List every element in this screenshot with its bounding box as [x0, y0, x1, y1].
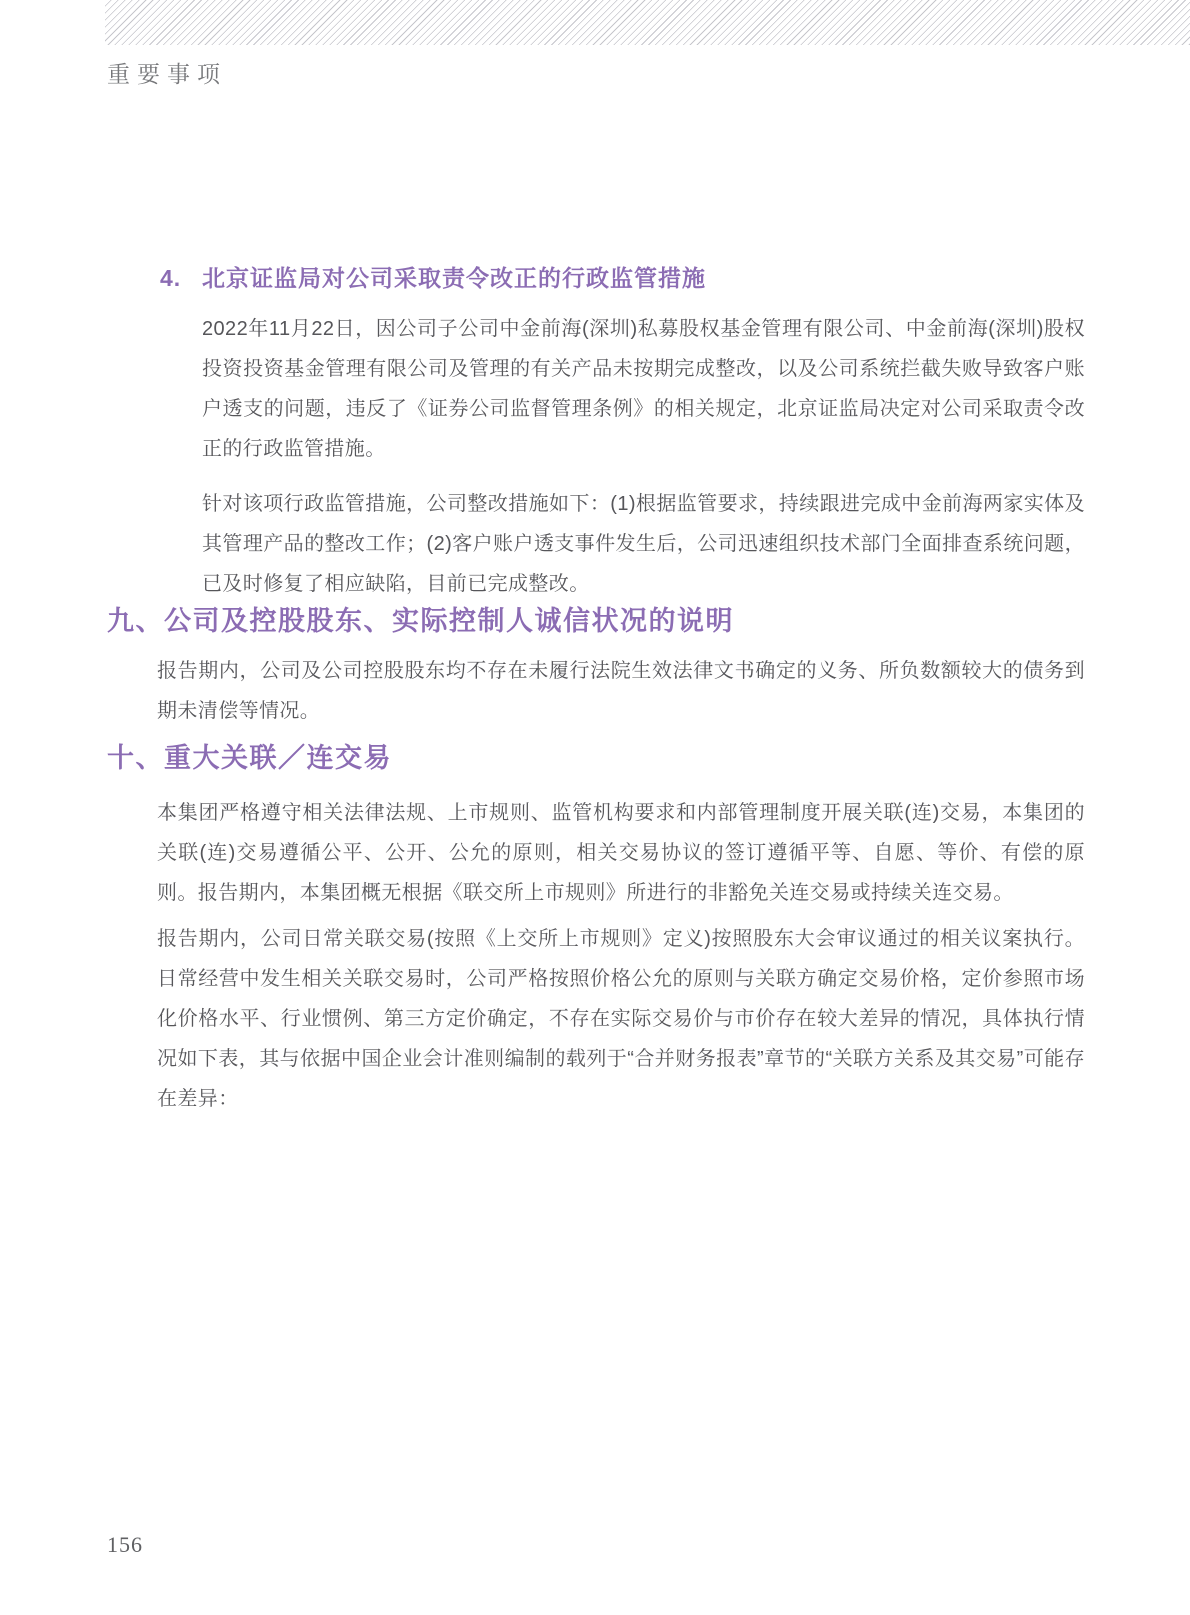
- section-10-paragraph-2: 报告期内，公司日常关联交易(按照《上交所上市规则》定义)按照股东大会审议通过的相…: [157, 919, 1085, 1119]
- subsection-4-title: 北京证监局对公司采取责令改正的行政监管措施: [202, 264, 706, 292]
- section-10-paragraph-1: 本集团严格遵守相关法律法规、上市规则、监管机构要求和内部管理制度开展关联(连)交…: [157, 793, 1085, 913]
- section-10-title: 十、重大关联／连交易: [107, 741, 1085, 776]
- section-9-paragraph-1: 报告期内，公司及公司控股股东均不存在未履行法院生效法律文书确定的义务、所负数额较…: [157, 651, 1085, 731]
- subsection-4-number: 4.: [160, 264, 202, 292]
- document-body: 4. 北京证监局对公司采取责令改正的行政监管措施 2022年11月22日，因公司…: [107, 0, 1085, 1119]
- section-9-title: 九、公司及控股股东、实际控制人诚信状况的说明: [107, 604, 1085, 639]
- subsection-4-heading: 4. 北京证监局对公司采取责令改正的行政监管措施: [160, 264, 1085, 292]
- subsection-4-paragraph-1: 2022年11月22日，因公司子公司中金前海(深圳)私募股权基金管理有限公司、中…: [202, 309, 1085, 469]
- page-number: 156: [107, 1532, 143, 1558]
- subsection-4-paragraph-2: 针对该项行政监管措施，公司整改措施如下：(1)根据监管要求，持续跟进完成中金前海…: [202, 484, 1085, 604]
